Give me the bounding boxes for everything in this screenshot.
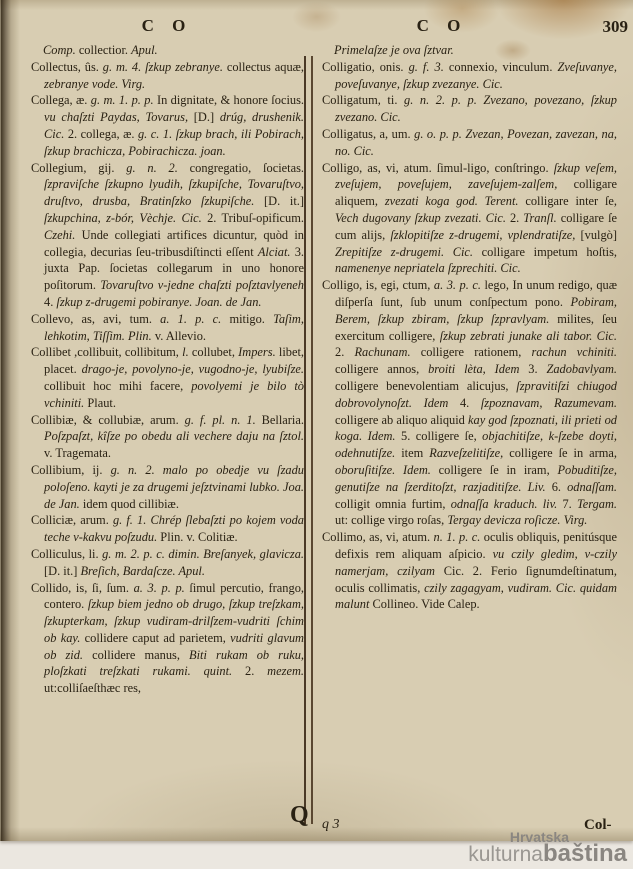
page-number: 309 [588,17,628,37]
column-divider-rule [304,56,313,824]
dictionary-entry: Collimo, as, vi, atum. n. 1. p. c. oculi… [322,529,617,613]
dictionary-column-left: Comp. collectior. Apul.Collectus, ûs. g.… [31,42,304,824]
dictionary-entry: Colligatio, onis. g. f. 3. connexio, vin… [322,59,617,93]
dictionary-entry: Collibiæ, & collubiæ, arum. g. f. pl. n.… [31,412,304,462]
running-title-left: C O [30,16,304,38]
dictionary-entry: Colligo, as, vi, atum. ſimul-ligo, conſt… [322,160,617,278]
book-page: C O C O 309 Comp. collectior. Apul.Colle… [0,0,633,841]
dictionary-entry: Collevo, as, avi, tum. a. 1. p. c. mitig… [31,311,304,345]
dictionary-entry: Colligatus, a, um. g. o. p. p. Zvezan, P… [322,126,617,160]
dictionary-entry: Colliculus, li. g. m. 2. p. c. dimin. Br… [31,546,304,580]
signature-mark-q3: q 3 [322,817,340,833]
dictionary-entry: Colligo, is, egi, ctum, a. 3. p. c. lego… [322,277,617,529]
signature-mark-q: Q [290,802,309,829]
dictionary-entry: Colliciæ, arum. g. f. 1. Chrép ſlebaſzti… [31,512,304,546]
dictionary-entry: Comp. collectior. Apul. [31,42,304,59]
running-title-right: C O [322,16,562,38]
dictionary-entry: Collega, æ. g. m. 1. p. p. In dignitate,… [31,92,304,159]
watermark-line2-regular: kulturna [468,843,543,866]
dictionary-entry: Collibet ,collibuit, collibitum, l. coll… [31,344,304,411]
dictionary-column-right: Primelaſze je ova ſztvar.Colligatio, oni… [322,42,617,824]
dictionary-entry: Primelaſze je ova ſztvar. [322,42,617,59]
dictionary-entry: Collibium, ij. g. n. 2. malo po obedje v… [31,462,304,512]
dictionary-entry: Collido, is, ſi, ſum. a. 3. p. p. ſimul … [31,580,304,698]
watermark: Hrvatska kulturnabaština [468,830,627,866]
dictionary-entry: Collectus, ûs. g. m. 4. ſzkup zebranye. … [31,59,304,93]
watermark-line2-bold: baština [543,840,627,867]
dictionary-entry: Collegium, gij. g. n. 2. congregatio, ſo… [31,160,304,311]
dictionary-entry: Colligatum, ti. g. n. 2. p. p. Zvezano, … [322,92,617,126]
